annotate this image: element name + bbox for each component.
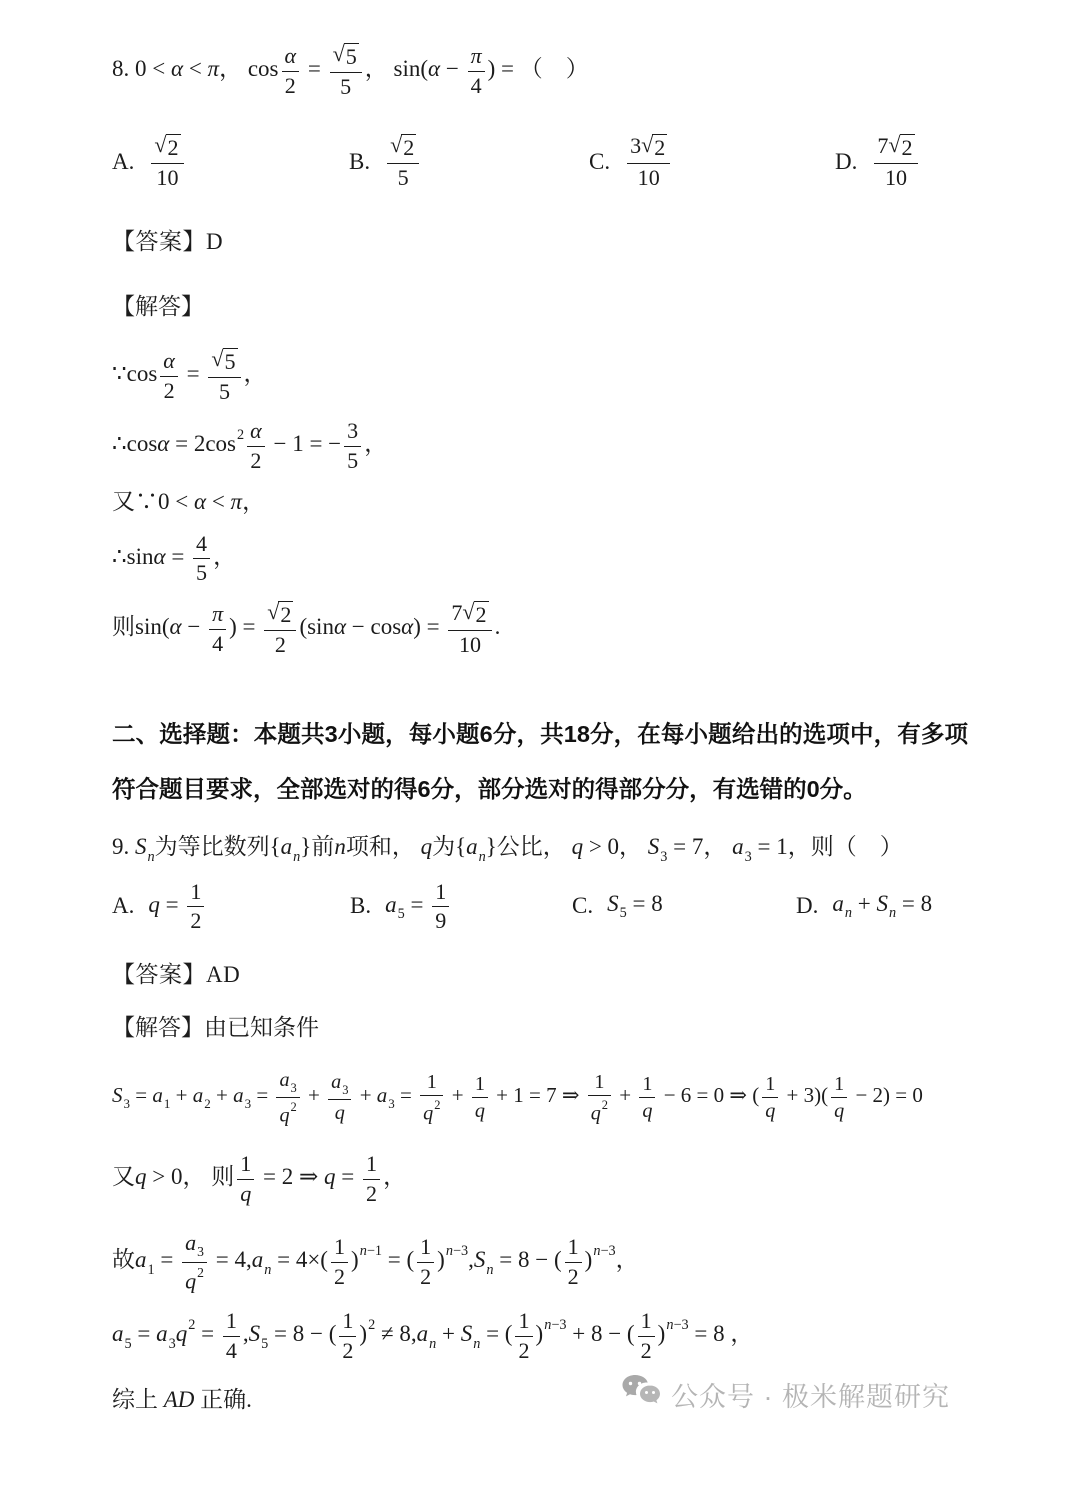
q8-solution-step: ∴cosα = 2cos2α2 − 1 = −35， (112, 418, 968, 473)
option-d-expression: 7√210 (871, 133, 920, 190)
option-c-label: C. (572, 893, 593, 919)
option-d-label: D. (835, 149, 857, 175)
section-2-heading: 二、选择题：本题共3小题，每小题6分，共18分，在每小题给出的选项中，有多项符合… (112, 707, 968, 817)
question-8-answer: 【答案】D (112, 223, 968, 256)
option-b-label: B. (350, 893, 371, 919)
option-a-label: A. (112, 893, 134, 919)
q8-solution-step: ∴sinα = 45， (112, 531, 968, 586)
option-c-label: C. (589, 149, 610, 175)
question-8-stem: 8. 0 < α < π， cosα2 = √55， sin(α − π4) =… (112, 0, 968, 99)
option-a-expression: √210 (148, 133, 186, 190)
watermark-text: 公众号 · 极米解题研究 (671, 1375, 950, 1414)
option-d-label: D. (796, 893, 818, 919)
option-a-label: A. (112, 149, 134, 175)
option-a-expression: q = 12 (148, 879, 207, 934)
q9-conclusion: 综上 AD 正确. (112, 1386, 252, 1415)
question-9-solution-label: 【解答】由已知条件 (112, 1009, 968, 1042)
option-c-expression: 3√210 (624, 133, 673, 190)
q9-solution-step: 又q > 0， 则1q = 2 ⇒ q = 12， (112, 1151, 968, 1206)
question-8-options: A. √210 B. √25 C. 3√210 D. 7√210 (112, 133, 968, 190)
option-d-expression: an + Sn = 8 (832, 890, 932, 923)
option-c-expression: S5 = 8 (607, 890, 663, 923)
option-c: C. S5 = 8 (572, 890, 796, 923)
exam-solution-page: 8. 0 < α < π， cosα2 = √55， sin(α − π4) =… (0, 0, 1080, 1415)
bottom-row: 综上 AD 正确. 公众号 · 极米解题研究 (112, 1374, 968, 1415)
option-d: D. 7√210 (835, 133, 968, 190)
option-b: B. a5 = 19 (350, 879, 572, 934)
q9-solution-step: S3 = a1 + a2 + a3 = a3q2 + a3q + a3 = 1q… (112, 1068, 968, 1127)
question-9-answer: 【答案】AD (112, 956, 968, 989)
question-9-options: A. q = 12 B. a5 = 19 C. S5 = 8 D. an + S… (112, 879, 968, 934)
question-9-stem: 9. Sn为等比数列{an}前n项和， q为{an}公比， q > 0， S3 … (112, 833, 968, 866)
q9-solution-step: 故a1 = a3q2 = 4,an = 4×(12)n−1 = (12)n−3,… (112, 1230, 968, 1294)
q8-solution-step: ∵cosα2 = √55， (112, 347, 968, 404)
option-b: B. √25 (349, 133, 589, 190)
q9-solution-step: a5 = a3q2 = 14,S5 = 8 − (12)2 ≠ 8,an + S… (112, 1308, 968, 1363)
watermark-footer: 公众号 · 极米解题研究 (621, 1374, 968, 1415)
option-c: C. 3√210 (589, 133, 835, 190)
option-b-expression: √25 (384, 133, 422, 190)
option-b-expression: a5 = 19 (385, 879, 452, 934)
option-b-label: B. (349, 149, 370, 175)
question-8-solution-label: 【解答】 (112, 288, 968, 321)
q8-solution-step: 又∵0 < α < π， (112, 488, 968, 517)
option-d: D. an + Sn = 8 (796, 890, 968, 923)
option-a: A. q = 12 (112, 879, 350, 934)
q8-solution-step: 则sin(α − π4) = √22(sinα − cosα) = 7√210. (112, 600, 968, 657)
wechat-icon (621, 1374, 661, 1415)
option-a: A. √210 (112, 133, 349, 190)
